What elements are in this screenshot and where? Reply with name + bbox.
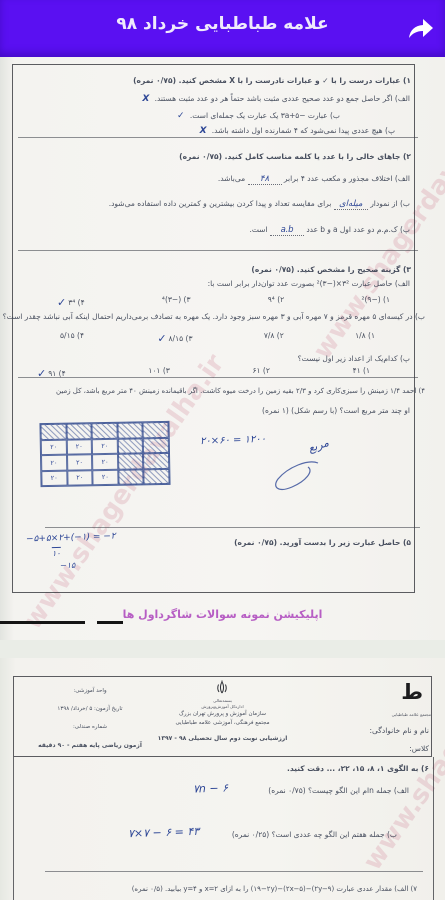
option-selected: ۴) ۳⁴✓ [55,295,85,308]
grid-cell: ۲۰ [67,454,93,470]
app-screen: علامه طباطبایی خرداد ۹۸ www.shagerdavalh… [0,0,445,900]
option-selected: ۳) ۸/۱۵✓ [155,331,192,344]
grid-cell [66,423,92,439]
grid-cell [143,453,169,469]
exam-scan-page-2[interactable]: www.shagerdavalha.ir ط مجتمع علامه طباطب… [0,658,445,900]
scan-artifact-line [0,621,85,624]
grid-cell: ۲۰ [92,438,118,454]
q2-item-b-text: ب) از نمودار [370,199,410,208]
grid-cell [143,422,169,438]
grid-cell [143,437,169,453]
grid-cell [40,424,66,440]
grid-cell: ۲۰ [41,439,67,455]
handwritten-blank-answer: ۴۸ [248,175,282,185]
handwritten-blank-answer: a.b [270,226,304,236]
q2-item-a: الف) اختلاف مجذور و مکعب عدد ۴ برابر ۴۸ … [218,174,410,185]
q3b-options: ۱) ۱/۸ ۲) ۷/۸ ۳) ۸/۱۵✓ ۴) ۵/۱۵ [60,331,375,344]
q4-line2: او چند متر مربع است؟ (با رسم شکل) (۱ نمر… [262,406,410,415]
q1-title: ۱) عبارات درست را با ✓ و عبارات نادرست ر… [133,76,411,85]
grid-cell: ۲۰ [92,469,118,485]
q6-title: ۶) به الگوی ۱، ۸، ۱۵، ۲۲، ... دقت کنید. [287,764,429,773]
q3a-options: ۱) (−۹)² ۲) ۹⁴ ۳) (−۳)⁴ ۴) ۳⁴✓ [55,295,390,308]
handwritten-check-mark: ✓ [174,111,188,121]
grid-cell [117,422,143,438]
grid-cell: ۲۰ [92,454,118,470]
q3a-stem: الف) حاصل عبارت ۳²×(−۳)² بصورت عدد توان‌… [208,279,410,288]
option: ۲) ۷/۸ [264,331,284,344]
question-divider [45,871,423,872]
q5-title: ۵) حاصل عبارت زیر را بدست آورید. (۰/۷۵ ن… [234,538,411,547]
question-divider [45,527,420,528]
handwritten-substep: ۱۰ [52,547,61,558]
option: ۳) (−۳)⁴ [162,295,191,308]
exam-scan-page-1[interactable]: www.shagerdavalha.ir www.shagerdavalha.i… [0,57,445,640]
class-label: کلاس: [409,744,429,753]
exam-name-label: آزمون ریاضی پایه هفتم - ۹۰ دقیقه [20,742,160,749]
grid-cell [118,453,144,469]
exam-date-label: تاریخ آزمون: ۵ /خرداد/ ۱۳۹۸ [20,706,160,712]
option-text: ۴) ۳⁴ [68,298,84,307]
handwritten-equation: ۲۰×۶۰ = ۱۲۰۰ [200,434,266,447]
q1-item-a-text: الف) اگر حاصل جمع دو عدد صحیح عددی مثبت … [155,94,410,103]
handwriting-scribble [248,457,328,497]
q1-item-b-text: ب) عبارت −۳a+۵ یک عبارت یک جمله‌ای است. [190,111,340,120]
app-caption: اپلیکیشن نمونه سوالات شاگرداول ها [0,608,445,621]
q3c-stem: پ) کدام‌یک از اعداد زیر اول نیست؟ [298,354,410,363]
iran-emblem-icon [215,680,229,695]
handwritten-check-mark: ✓ [55,296,68,309]
student-name-label: نام و نام خانوادگی: [370,726,429,735]
q7-text: ۷) الف) مقدار عددی عبارت (۲y−۹)−(۲x−۵)−(… [132,885,417,893]
q1-item-b: ب) عبارت −۳a+۵ یک عبارت یک جمله‌ای است. … [174,111,340,121]
exam-body-frame [13,757,434,900]
scan-artifact-line [97,621,123,624]
handwritten-check-mark: ✓ [155,332,168,345]
handwritten-cross-mark: X [197,126,210,136]
exam-border-frame [12,64,415,593]
q2-title: ۲) جاهای خالی را با عدد یا کلمه مناسب کا… [179,152,411,161]
q2-item-c-text2: است. [249,225,267,234]
grid-cell [118,438,144,454]
seat-number-label: شماره صندلی: [20,724,160,730]
handwritten-answer: ۷n − ۶ [193,781,228,795]
question-divider [18,377,418,378]
handwritten-cross-mark: X [139,94,152,104]
grid-cell [118,469,144,485]
handwritten-blank-answer: میله‌ای [334,200,368,210]
option-text: ۳) ۸/۱۵ [169,334,193,343]
q4-line1: ۴) احمد ۱/۴ زمینش را سبزی‌کاری کرد و ۲/۳… [56,387,425,395]
option: ۱) ۱/۸ [355,331,375,344]
handwritten-answer: ۷×۷ − ۶ = ۴۳ [128,825,200,840]
handwritten-check-mark: ✓ [35,367,48,380]
app-title: علامه طباطبایی خرداد ۹۸ [0,14,445,34]
grid-cell: ۲۰ [41,455,67,471]
grid-cell [92,423,118,439]
q3-title: ۳) گزینه صحیح را مشخص کنید. (۰/۷۵ نمره) [251,265,411,274]
option: ۲) ۹⁴ [268,295,284,308]
q2-item-b-text2: برای مقایسه تعداد و پیدا کردن بیشترین و … [109,199,332,208]
school-unit-label: واحد آموزشی: [20,688,160,694]
q1-item-a: الف) اگر حاصل جمع دو عدد صحیح عددی مثبت … [139,94,410,104]
q1-item-c-text: پ) هیچ عددی پیدا نمی‌شود که ۴ شمارنده او… [212,126,395,135]
handwritten-substep: −۱۵ [60,561,76,571]
q2-item-c-text: پ) ک.م.م دو عدد اول a و b عدد [306,225,410,234]
q2-item-b: ب) از نمودار میله‌ای برای مقایسه تعداد و… [109,199,410,210]
page-gap [0,640,445,658]
option: ۴) ۵/۱۵ [60,331,84,344]
q2-item-a-text: الف) اختلاف مجذور و مکعب عدد ۴ برابر [284,174,410,183]
q3b-stem: ب) در کیسه‌ای ۵ مهره قرمز و ۷ مهره آبی و… [3,312,425,321]
q6-item-b: ب) جمله هفتم این الگو چه عددی است؟ (۰/۲۵… [232,830,397,839]
grid-cell: ۲۰ [41,470,67,486]
question-divider [18,137,418,138]
exam-session-line: ارزشیابی نوبت دوم سال تحصیلی ۹۸ - ۱۳۹۷ [0,735,445,742]
share-icon[interactable] [401,11,437,45]
grid-cell: ۲۰ [67,470,93,486]
q6-item-a: الف) جمله nام این الگو چیست؟ (۰/۷۵ نمره) [268,786,409,795]
q1-item-c: پ) هیچ عددی پیدا نمی‌شود که ۴ شمارنده او… [197,126,395,136]
land-sketch-grid: ۲۰۲۰۲۰ ۲۰۲۰۲۰ ۲۰۲۰۲۰ [39,421,170,487]
grid-cell [144,468,170,484]
question-divider [18,250,418,251]
option: ۱) (−۹)² [361,295,390,308]
grid-cell: ۲۰ [66,439,92,455]
q2-item-a-text2: می‌باشد. [218,174,245,183]
app-bar: علامه طباطبایی خرداد ۹۸ [0,0,445,57]
q2-item-c: پ) ک.م.م دو عدد اول a و b عدد a.b است. [249,225,410,236]
header-center-line: بسمه‌تعالی [0,698,445,703]
